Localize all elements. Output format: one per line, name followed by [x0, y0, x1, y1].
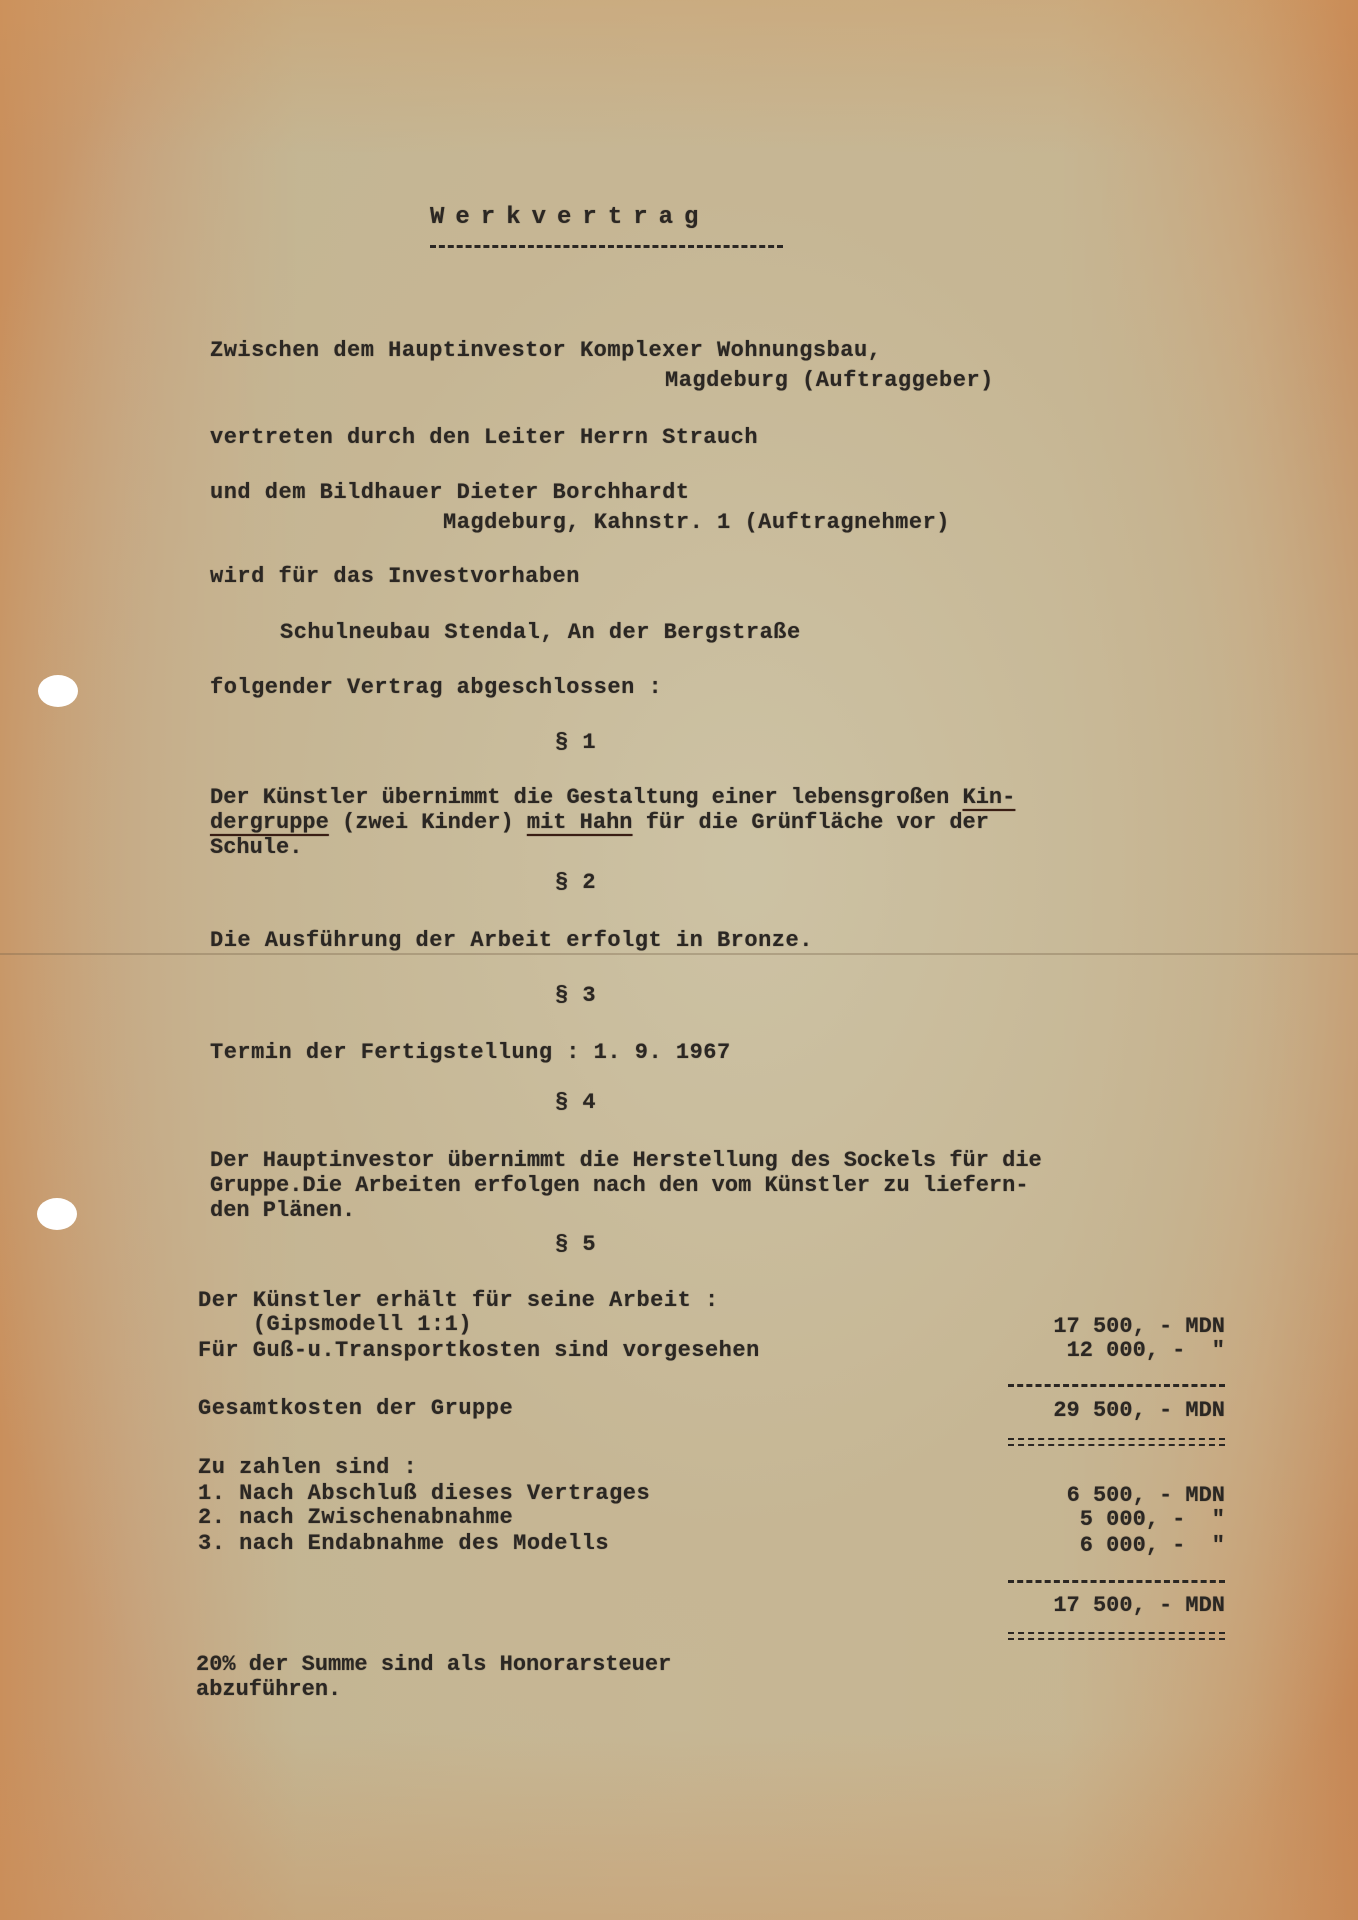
- payment-label-3: 3. nach Endabnahme des Modells: [198, 1531, 609, 1557]
- parties-line-6: wird für das Investvorhaben: [210, 564, 580, 590]
- payments-total: 17 500, - MDN: [985, 1593, 1225, 1619]
- document-title: Werkvertrag: [430, 205, 709, 231]
- section-5-heading: § 5: [555, 1232, 596, 1258]
- section-3-text: Termin der Fertigstellung : 1. 9. 1967: [210, 1040, 731, 1066]
- payment-amount-1: 6 500, - MDN: [985, 1483, 1225, 1509]
- cost-amount-casting: 12 000, - ": [985, 1338, 1225, 1364]
- parties-line-3: vertreten durch den Leiter Herrn Strauch: [210, 425, 758, 451]
- payment-amount-2: 5 000, - ": [985, 1507, 1225, 1533]
- section-3-heading: § 3: [555, 983, 596, 1009]
- section-2-text: Die Ausführung der Arbeit erfolgt in Bro…: [210, 928, 813, 954]
- document-page: Werkvertrag Zwischen dem Hauptinvestor K…: [0, 0, 1358, 1920]
- punch-hole: [37, 1198, 77, 1230]
- section-1-text: Der Künstler übernimmt die Gestaltung ei…: [210, 785, 1015, 860]
- payment-label-2: 2. nach Zwischenabnahme: [198, 1505, 513, 1531]
- tax-note: 20% der Summe sind als Honorarsteuer abz…: [196, 1652, 671, 1702]
- parties-line-4: und dem Bildhauer Dieter Borchhardt: [210, 480, 690, 506]
- payments-rule: [1008, 1580, 1225, 1583]
- section-2-heading: § 2: [555, 870, 596, 896]
- payment-amount-3: 6 000, - ": [985, 1533, 1225, 1559]
- parties-line-5: Magdeburg, Kahnstr. 1 (Auftragnehmer): [443, 510, 950, 536]
- total-double-rule: [1008, 1438, 1225, 1446]
- section-4-text: Der Hauptinvestor übernimmt die Herstell…: [210, 1148, 1042, 1223]
- cost-label-model: (Gipsmodell 1:1): [198, 1312, 472, 1338]
- total-label: Gesamtkosten der Gruppe: [198, 1396, 513, 1422]
- parties-line-8: folgender Vertrag abgeschlossen :: [210, 675, 662, 701]
- section-1-heading: § 1: [555, 730, 596, 756]
- payment-label-1: 1. Nach Abschluß dieses Vertrages: [198, 1481, 650, 1507]
- subtotal-rule: [1008, 1384, 1225, 1387]
- title-underline: [430, 245, 783, 252]
- punch-hole: [38, 675, 78, 707]
- payments-intro: Zu zahlen sind :: [198, 1455, 417, 1481]
- section-4-heading: § 4: [555, 1090, 596, 1116]
- section-5-intro: Der Künstler erhält für seine Arbeit :: [198, 1288, 719, 1314]
- parties-line-2: Magdeburg (Auftraggeber): [665, 368, 994, 394]
- project-name: Schulneubau Stendal, An der Bergstraße: [280, 620, 801, 646]
- parties-line-1: Zwischen dem Hauptinvestor Komplexer Woh…: [210, 338, 881, 364]
- cost-amount-model: 17 500, - MDN: [985, 1314, 1225, 1340]
- cost-label-casting: Für Guß-u.Transportkosten sind vorgesehe…: [198, 1338, 760, 1364]
- total-amount: 29 500, - MDN: [985, 1398, 1225, 1424]
- payments-double-rule: [1008, 1632, 1225, 1640]
